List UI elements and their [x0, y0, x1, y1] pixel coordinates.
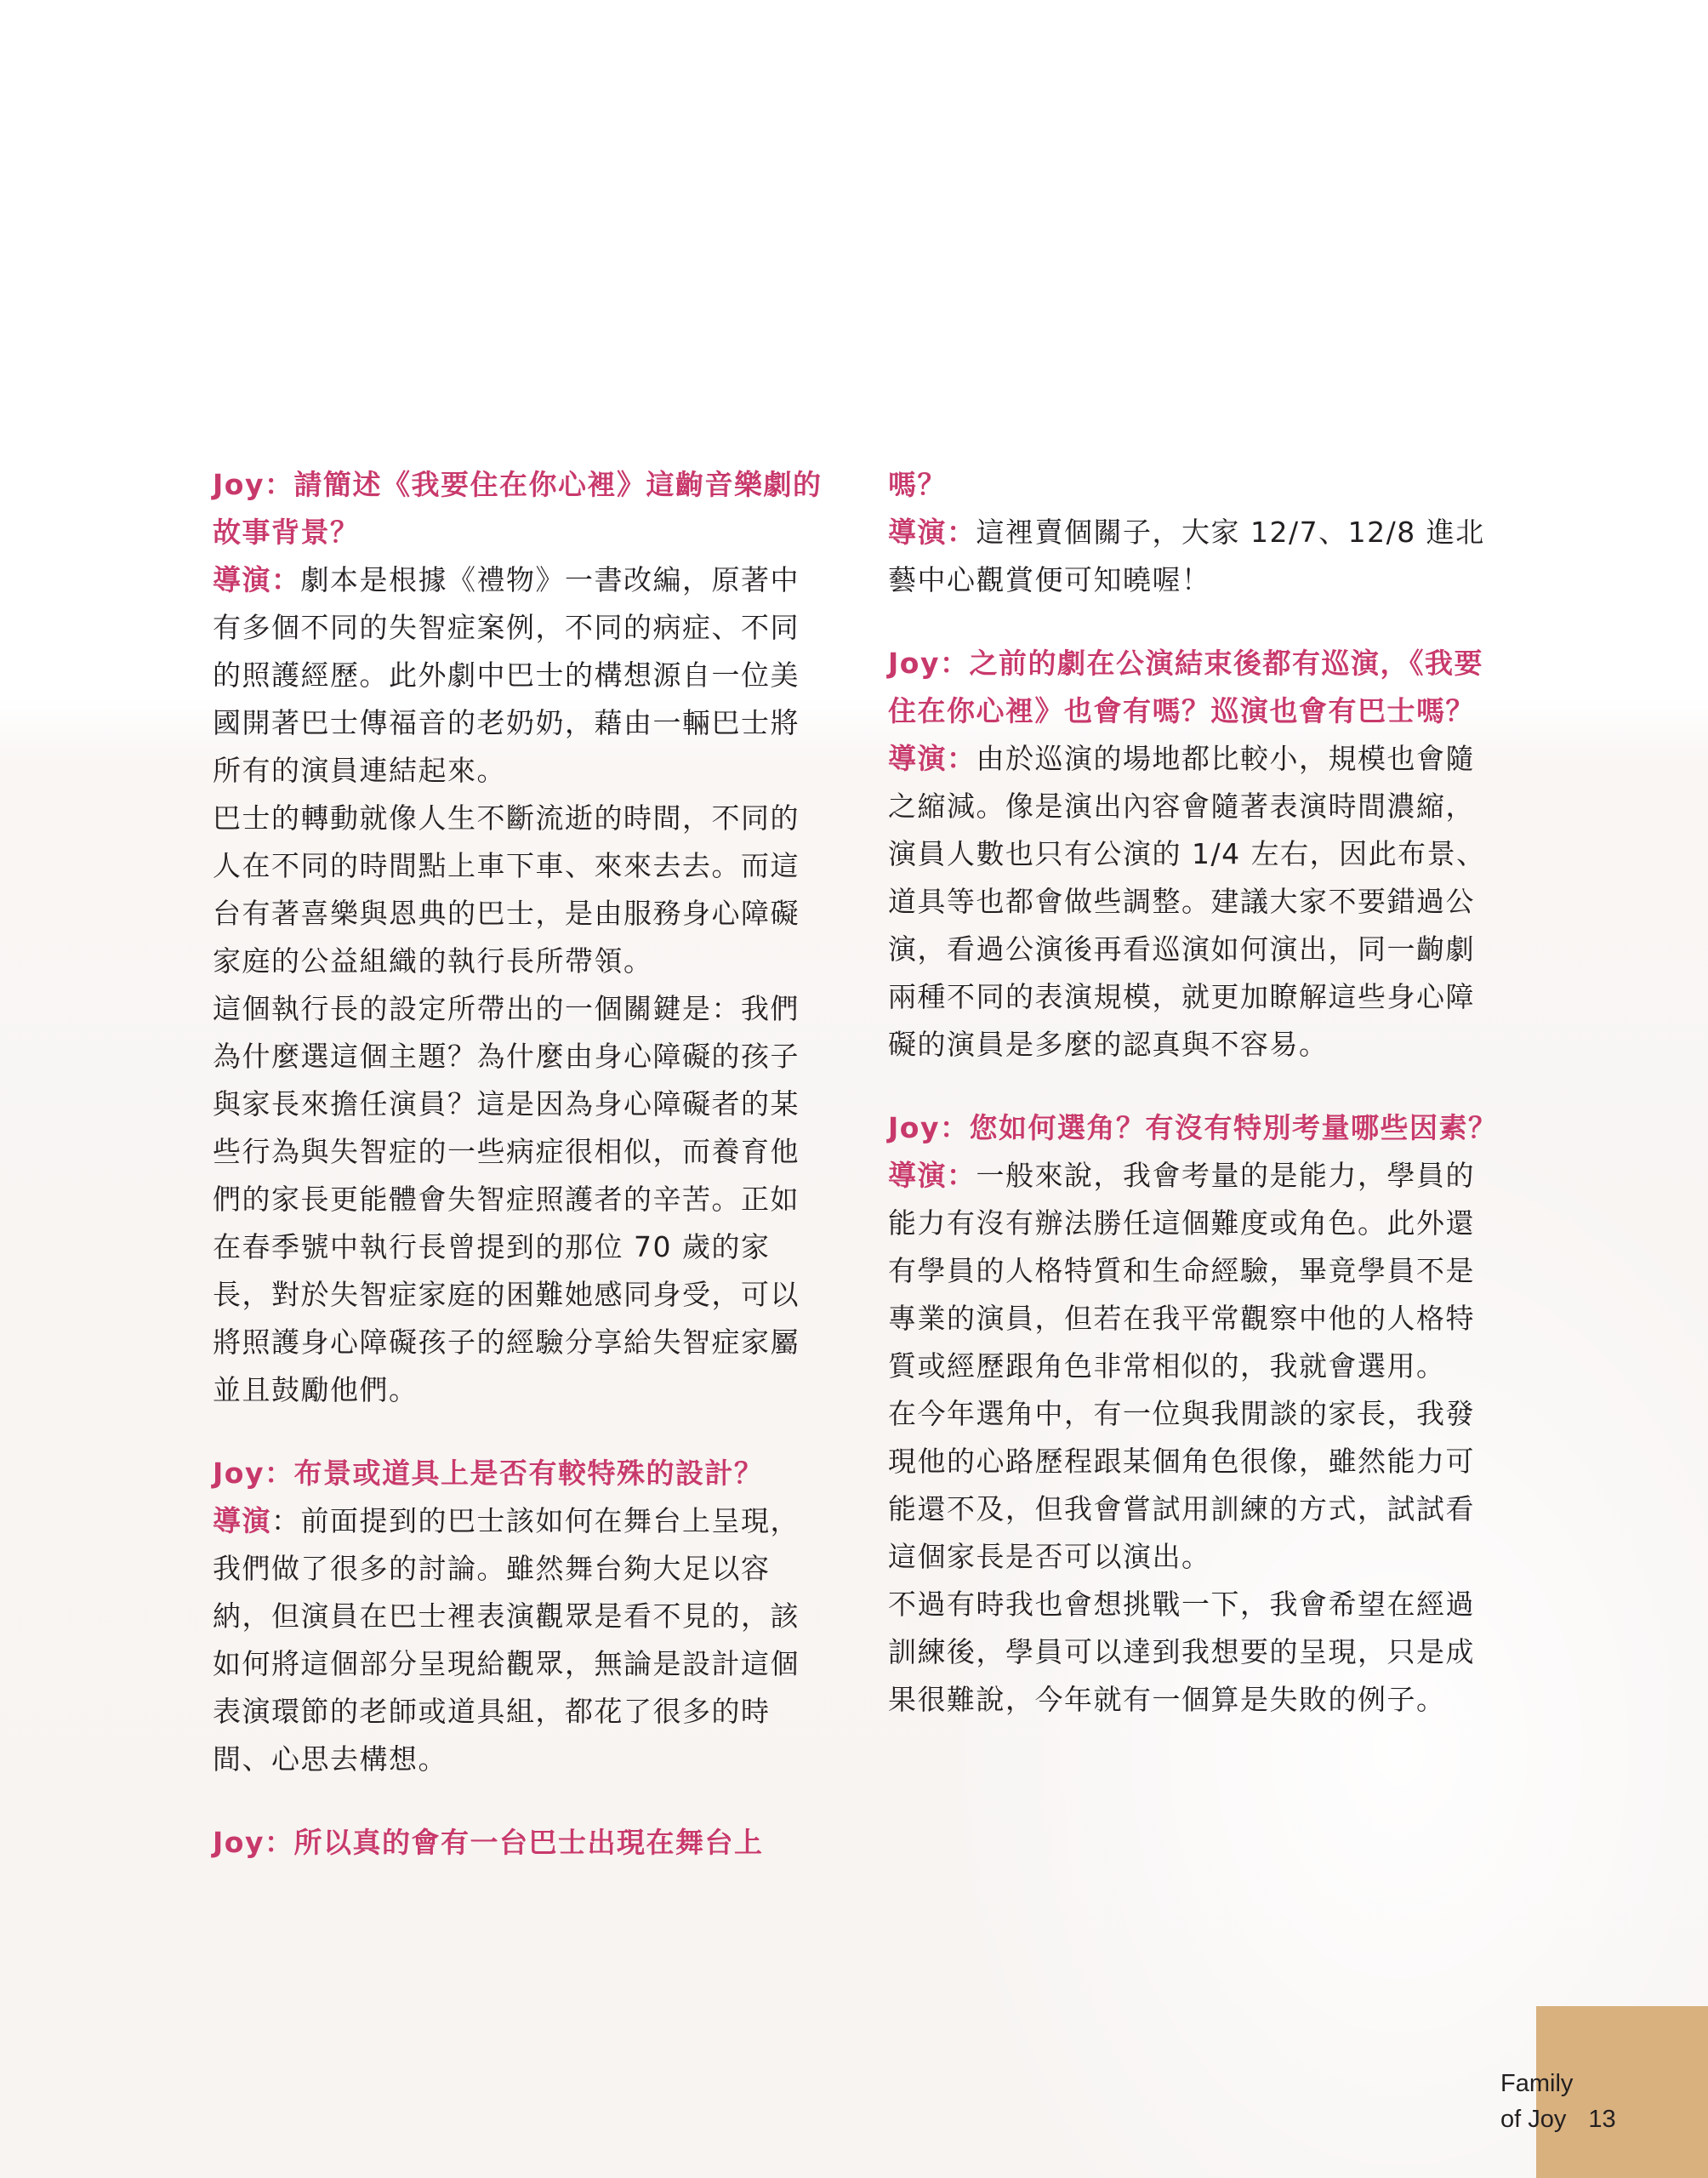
speaker-label: 導演： [213, 563, 301, 596]
qa-block-story: Joy：請簡述《我要住在你心裡》這齣音樂劇的故事背景？ 導演：劇本是根據《禮物》… [213, 461, 823, 1414]
answer-touring: 導演：由於巡演的場地都比較小，規模也會隨之縮減。像是演出內容會隨著表演時間濃縮，… [888, 735, 1499, 1069]
answer-paragraph: 在今年選角中，有一位與我閒談的家長，我發現他的心路歷程跟某個角色很像，雖然能力可… [888, 1390, 1499, 1581]
question-touring: Joy：之前的劇在公演結束後都有巡演，《我要住在你心裡》也會有嗎？巡演也會有巴士… [888, 640, 1499, 735]
answer-casting: 導演：一般來說，我會考量的是能力，學員的能力有沒有辦法勝任這個難度或角色。此外還… [888, 1152, 1499, 1390]
magazine-name-of-joy: of Joy [1500, 2106, 1566, 2133]
qa-block-touring: Joy：之前的劇在公演結束後都有巡演，《我要住在你心裡》也會有嗎？巡演也會有巴士… [888, 640, 1499, 1069]
answer-paragraph: 這個執行長的設定所帶出的一個關鍵是：我們為什麼選這個主題？為什麼由身心障礙的孩子… [213, 985, 823, 1414]
qa-block-bus-on-stage-cont: 嗎？ 導演：這裡賣個關子，大家 12/7、12/8 進北藝中心觀賞便可知曉喔！ [888, 461, 1499, 604]
question-set-design: Joy：布景或道具上是否有較特殊的設計？ [213, 1450, 823, 1497]
question-bus-on-stage: Joy：所以真的會有一台巴士出現在舞台上 [213, 1819, 823, 1867]
speaker-label: 導演： [888, 516, 976, 549]
left-column: Joy：請簡述《我要住在你心裡》這齣音樂劇的故事背景？ 導演：劇本是根據《禮物》… [213, 461, 823, 1902]
right-column: 嗎？ 導演：這裡賣個關子，大家 12/7、12/8 進北藝中心觀賞便可知曉喔！ … [888, 461, 1499, 1759]
magazine-name-line1: Family [1500, 2066, 1616, 2101]
answer-text: 一般來說，我會考量的是能力，學員的能力有沒有辦法勝任這個難度或角色。此外還有學員… [888, 1159, 1475, 1383]
qa-block-set-design: Joy：布景或道具上是否有較特殊的設計？ 導演：前面提到的巴士該如何在舞台上呈現… [213, 1450, 823, 1783]
answer-text: 這裡賣個關子，大家 12/7、12/8 進北藝中心觀賞便可知曉喔！ [888, 516, 1485, 596]
speaker-label: 導演： [888, 742, 976, 775]
qa-block-bus-on-stage: Joy：所以真的會有一台巴士出現在舞台上 [213, 1819, 823, 1867]
magazine-name-line2: of Joy13 [1500, 2101, 1616, 2137]
question-casting: Joy：您如何選角？有沒有特別考量哪些因素？ [888, 1104, 1499, 1152]
answer-text: 劇本是根據《禮物》一書改編，原著中有多個不同的失智症案例，不同的病症、不同的照護… [213, 563, 800, 787]
answer-set-design: 導演：前面提到的巴士該如何在舞台上呈現，我們做了很多的討論。雖然舞台夠大足以容納… [213, 1497, 823, 1783]
question-story-background: Joy：請簡述《我要住在你心裡》這齣音樂劇的故事背景？ [213, 461, 823, 556]
speaker-label: 導演 [213, 1504, 271, 1537]
answer-text: 由於巡演的場地都比較小，規模也會隨之縮減。像是演出內容會隨著表演時間濃縮，演員人… [888, 742, 1486, 1061]
question-bus-on-stage-cont: 嗎？ [888, 461, 1499, 509]
answer-story-background: 導演：劇本是根據《禮物》一書改編，原著中有多個不同的失智症案例，不同的病症、不同… [213, 556, 823, 795]
answer-bus-on-stage: 導演：這裡賣個關子，大家 12/7、12/8 進北藝中心觀賞便可知曉喔！ [888, 509, 1499, 604]
speaker-label: 導演： [888, 1159, 976, 1192]
page-number: 13 [1588, 2106, 1615, 2133]
qa-block-casting: Joy：您如何選角？有沒有特別考量哪些因素？ 導演：一般來說，我會考量的是能力，… [888, 1104, 1499, 1724]
answer-paragraph: 不過有時我也會想挑戰一下，我會希望在經過訓練後，學員可以達到我想要的呈現，只是成… [888, 1581, 1499, 1724]
answer-paragraph: 巴士的轉動就像人生不斷流逝的時間，不同的人在不同的時間點上車下車、來來去去。而這… [213, 795, 823, 985]
page-footer: Family of Joy13 [1500, 2066, 1616, 2137]
answer-text: ：前面提到的巴士該如何在舞台上呈現，我們做了很多的討論。雖然舞台夠大足以容納，但… [213, 1504, 800, 1776]
